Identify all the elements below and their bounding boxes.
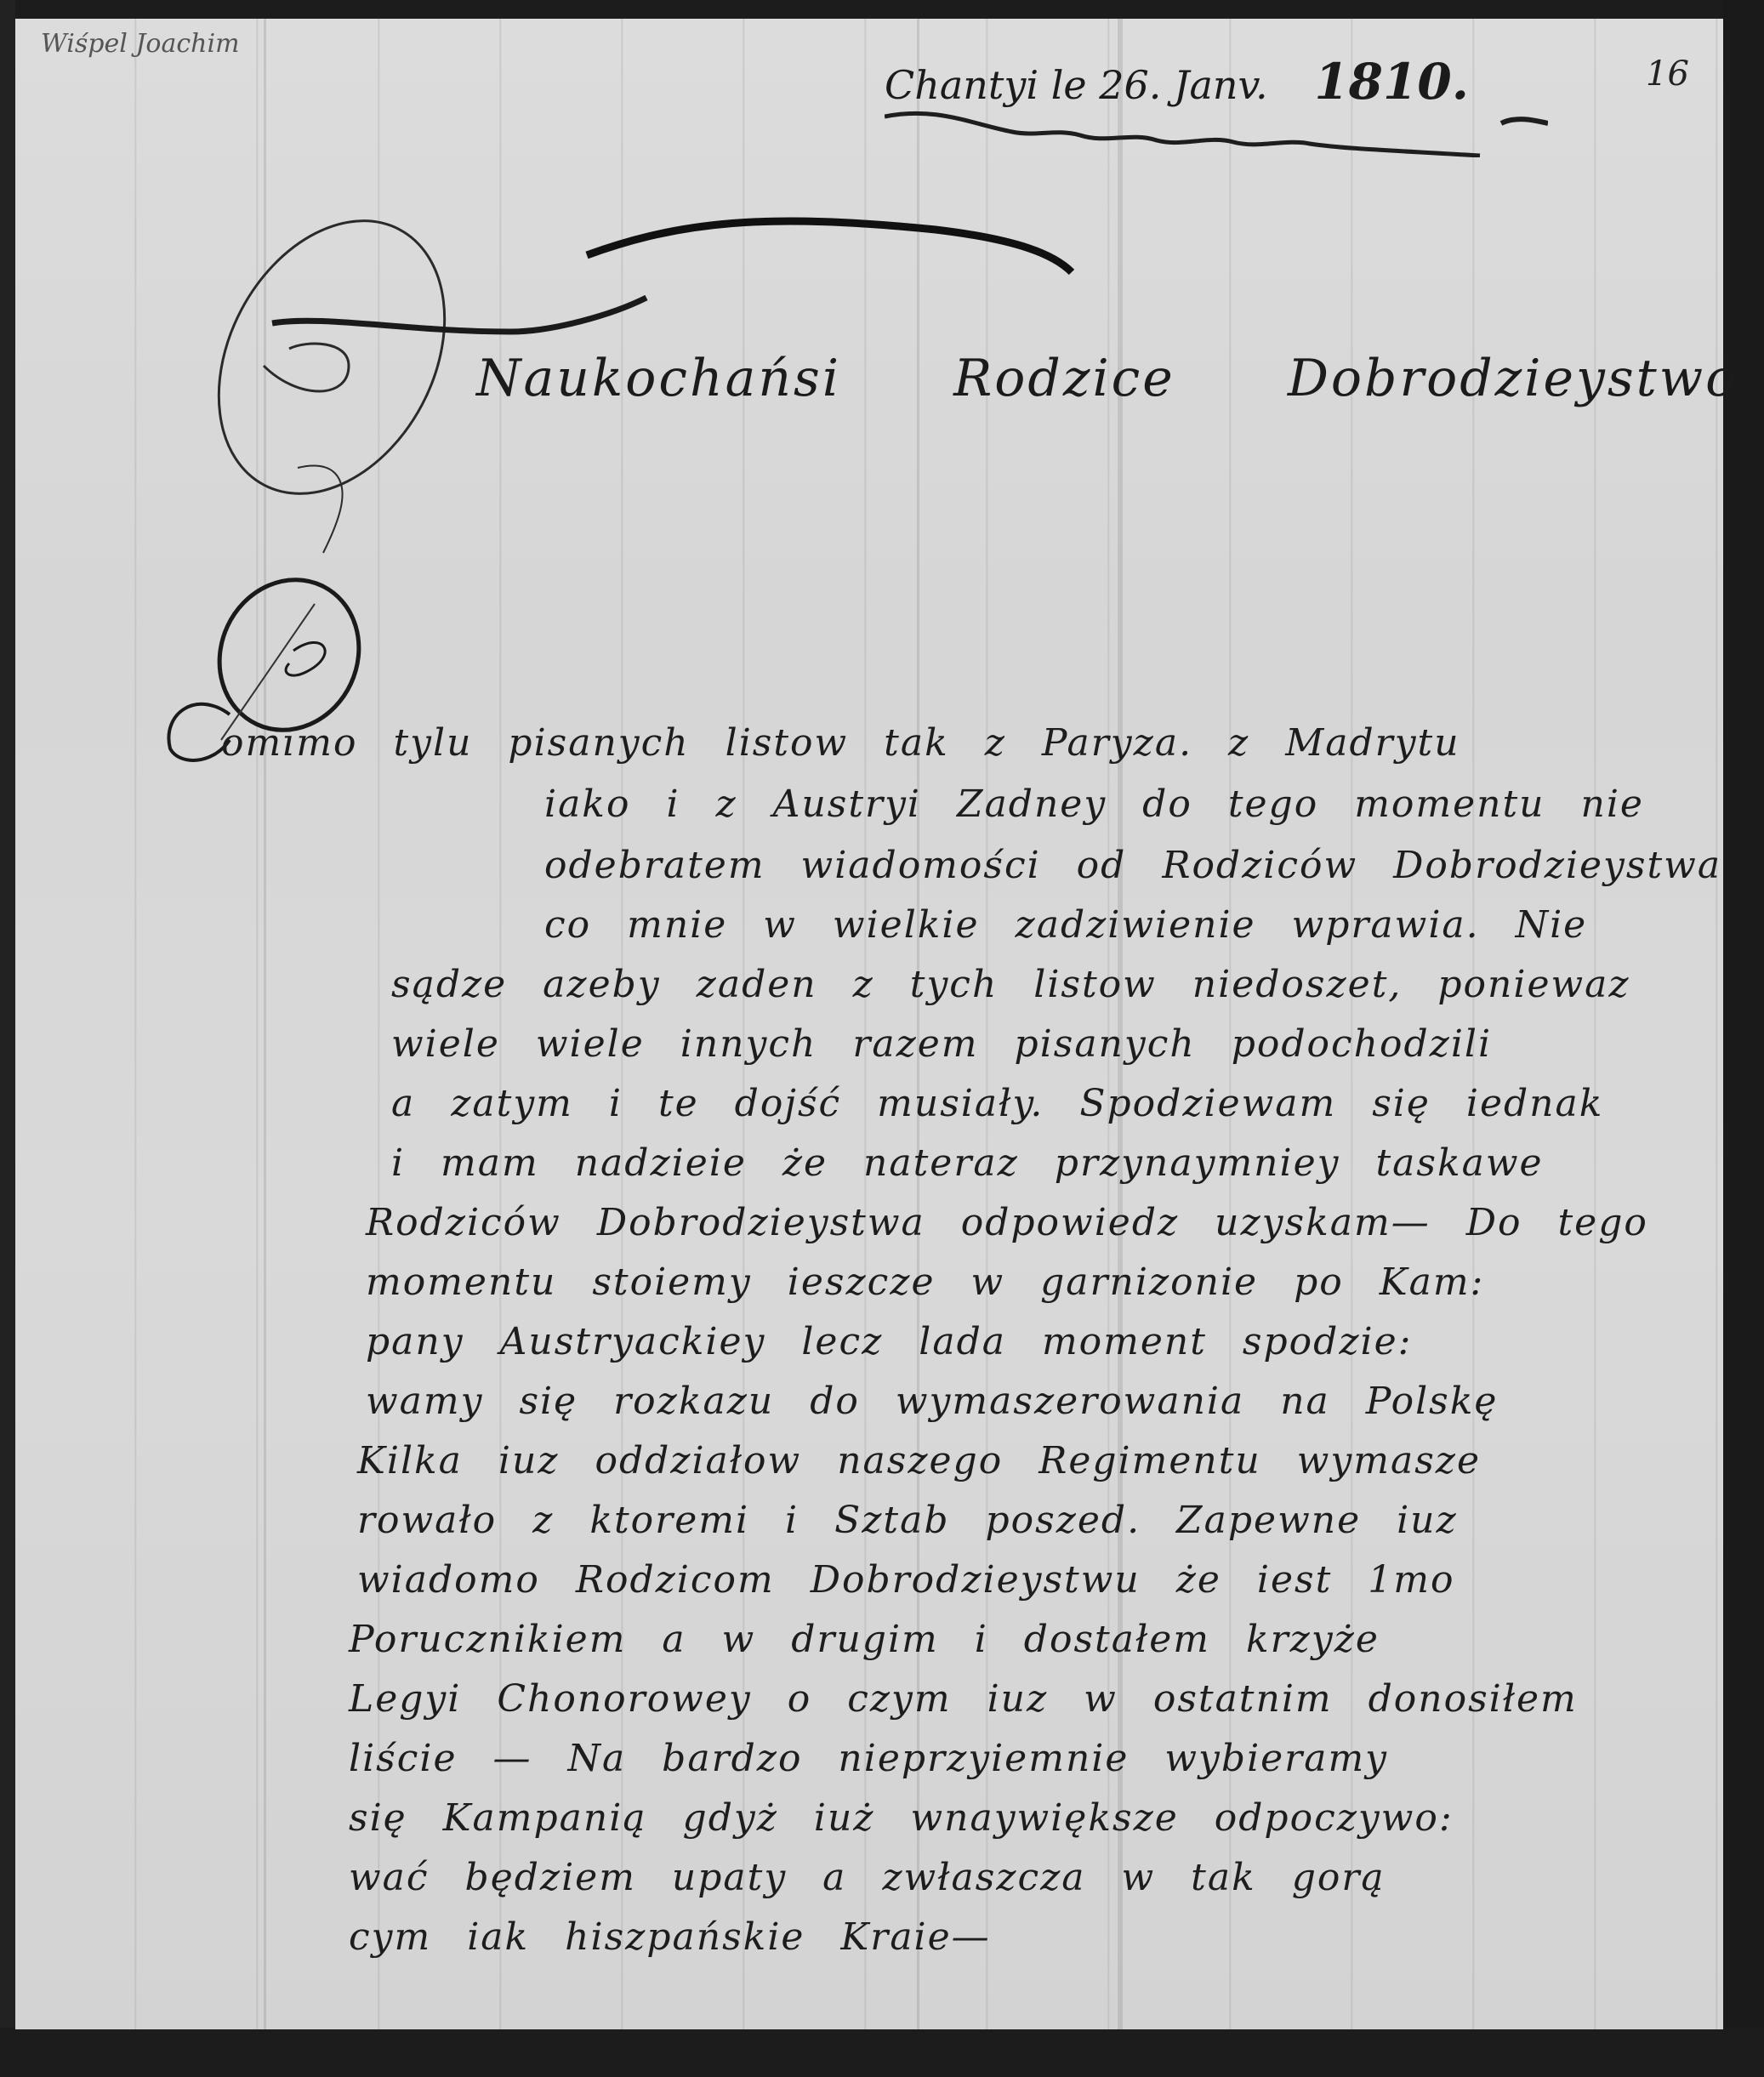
body-line: wać będziem upaty a zwłaszcza w tak gorą <box>349 1856 1386 1899</box>
salutation: Naukochańsi Rodzice Dobrodzieystwo <box>476 349 1764 408</box>
dateline-place: Chantyi <box>885 62 1038 108</box>
dateline-day: 26. <box>1099 62 1161 108</box>
body-line: wamy się rozkazu do wymaszerowania na Po… <box>366 1380 1498 1423</box>
body-line: wiele wiele innych razem pisanych podoch… <box>391 1022 1492 1066</box>
body-line: momentu stoiemy ieszcze w garnizonie po … <box>366 1260 1484 1304</box>
scan-border-top <box>0 0 1764 20</box>
salutation-word-3: Dobrodzieystwo <box>1288 349 1738 408</box>
body-line: a zatym i te dojść musiały. Spodziewam s… <box>391 1082 1603 1125</box>
dateline-month: Janv. <box>1174 62 1268 108</box>
scan-border-left <box>0 0 15 2077</box>
body-line: sądze azeby zaden z tych listow niedosze… <box>391 963 1630 1006</box>
salutation-word-1: Naukochańsi <box>476 349 841 408</box>
scan-border-right <box>1723 0 1764 2077</box>
salutation-word-2: Rodzice <box>953 349 1175 408</box>
body-line: wiadomo Rodzicom Dobrodzieystwu że iest … <box>357 1558 1455 1602</box>
body-line: iako i z Austryi Zadney do tego momentu … <box>544 782 1644 826</box>
body-line: Kilka iuz oddziałow naszego Regimentu wy… <box>357 1439 1481 1482</box>
archival-pencil-note: Wiśpel Joachim <box>41 29 240 59</box>
dateline-year: 1810. <box>1314 53 1469 111</box>
body-line: odebratem wiadomości od Rodziców Dobrodz… <box>544 844 1721 887</box>
body-line: Rodziców Dobrodzieystwa odpowiedz uzyska… <box>366 1201 1648 1244</box>
body-line: liście — Na bardzo nieprzyiemnie wybiera… <box>349 1737 1388 1780</box>
body-line: Legyi Chonorowey o czym iuz w ostatnim d… <box>349 1677 1578 1721</box>
body-line: omimo tylu pisanych listow tak z Paryza.… <box>221 721 1460 765</box>
dateline: Chantyi le 26. Janv. 1810. <box>885 53 1469 111</box>
body-line: co mnie w wielkie zadziwienie wprawia. N… <box>544 903 1587 947</box>
dateline-prefix: le <box>1051 62 1087 108</box>
body-line: i mam nadzieie że nateraz przynaymniey t… <box>391 1141 1544 1185</box>
body-line: pany Austryackiey lecz lada moment spodz… <box>366 1320 1412 1363</box>
scan-border-bottom <box>0 2028 1764 2077</box>
body-line: się Kampanią gdyż iuż wnaywiększe odpocz… <box>349 1796 1454 1840</box>
body-line: Porucznikiem a w drugim i dostałem krzyż… <box>349 1618 1380 1661</box>
body-line: rowało z ktoremi i Sztab poszed. Zapewne… <box>357 1499 1458 1542</box>
page-number: 16 <box>1646 54 1689 94</box>
body-line: cym iak hiszpańskie Kraie— <box>349 1915 991 1959</box>
date-underline-flourish-icon <box>885 106 1548 157</box>
